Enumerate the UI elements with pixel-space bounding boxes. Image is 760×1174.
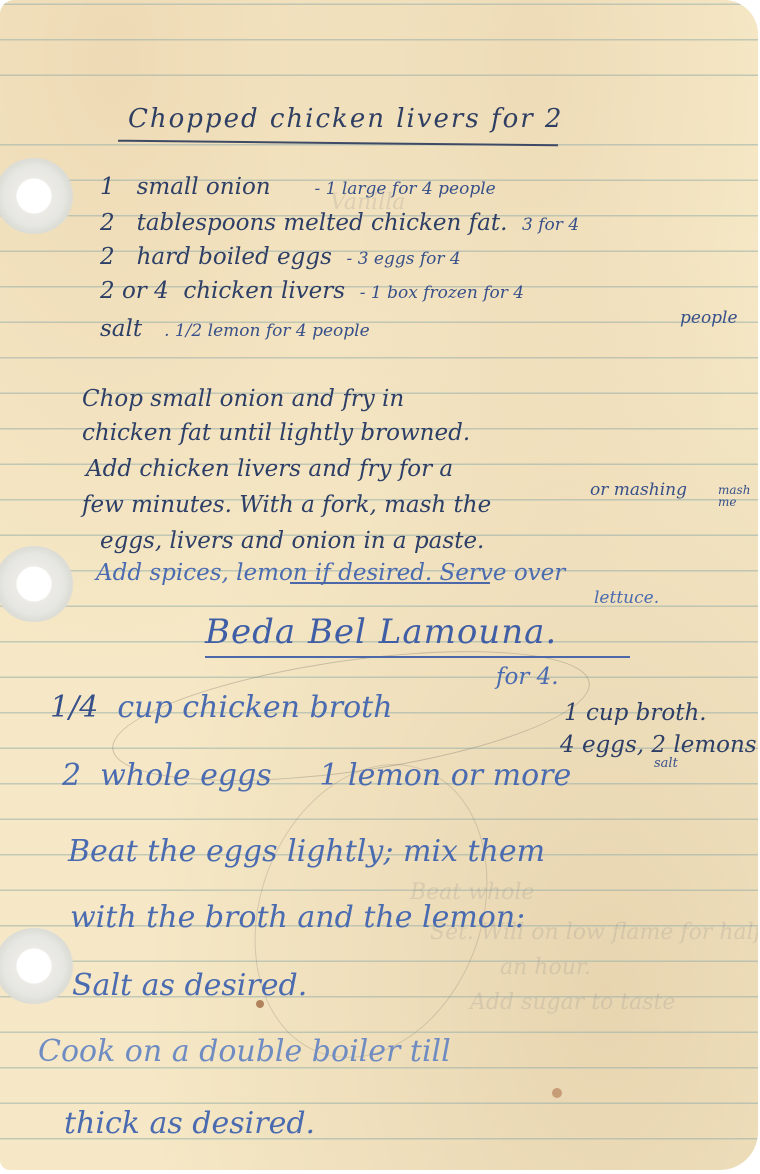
ingredient-line: 1 small onion - 1 large for 4 people [100, 174, 496, 200]
method-line: thick as desired. [64, 1106, 315, 1141]
ingredient-line: 2 whole eggs 1 lemon or more [62, 758, 571, 793]
method-line: lettuce. [594, 588, 659, 608]
bleed-through-text: Add sugar to taste [470, 990, 675, 1015]
serves-note: for 4. [496, 664, 559, 690]
method-line: few minutes. With a fork, mash the [82, 492, 491, 518]
ingredient-note: people [680, 308, 738, 328]
recipe1-title: Chopped chicken livers for 2 [128, 104, 563, 134]
lemon-underline [290, 582, 490, 584]
method-line: Beat the eggs lightly; mix them [68, 834, 545, 869]
method-line: Salt as desired. [72, 968, 307, 1003]
ingredient-alt: 1 cup broth. [564, 700, 707, 726]
method-line: eggs, livers and onion in a paste. [100, 528, 484, 554]
insert-note: or mashing [590, 480, 687, 500]
method-line: Cook on a double boiler till [38, 1034, 451, 1069]
margin-note: mash me [718, 484, 758, 508]
stain-spot [552, 1088, 562, 1098]
title-underline [205, 656, 630, 658]
bleed-through-text: an hour. [500, 955, 591, 980]
ingredient-alt: 4 eggs, 2 lemons [560, 732, 757, 758]
ingredient-alt: salt [654, 756, 678, 771]
ingredient-line: 1/4 cup chicken broth [50, 690, 393, 725]
recipe-card: Vanilla Beat whole Set. Will on low flam… [0, 0, 758, 1170]
method-line: with the broth and the lemon: [70, 900, 525, 935]
recipe2-title: Beda Bel Lamouna. [205, 612, 557, 652]
ingredient-line: 2 hard boiled eggs - 3 eggs for 4 [100, 244, 461, 270]
ingredient-line: 2 or 4 chicken livers - 1 box frozen for… [100, 278, 524, 304]
ingredient-line: 2 tablespoons melted chicken fat. 3 for … [100, 210, 579, 236]
ingredient-line: salt . 1/2 lemon for 4 people [100, 316, 370, 342]
method-line: Chop small onion and fry in [82, 386, 404, 412]
method-line: chicken fat until lightly browned. [82, 420, 470, 446]
method-line: Add chicken livers and fry for a [86, 456, 453, 482]
